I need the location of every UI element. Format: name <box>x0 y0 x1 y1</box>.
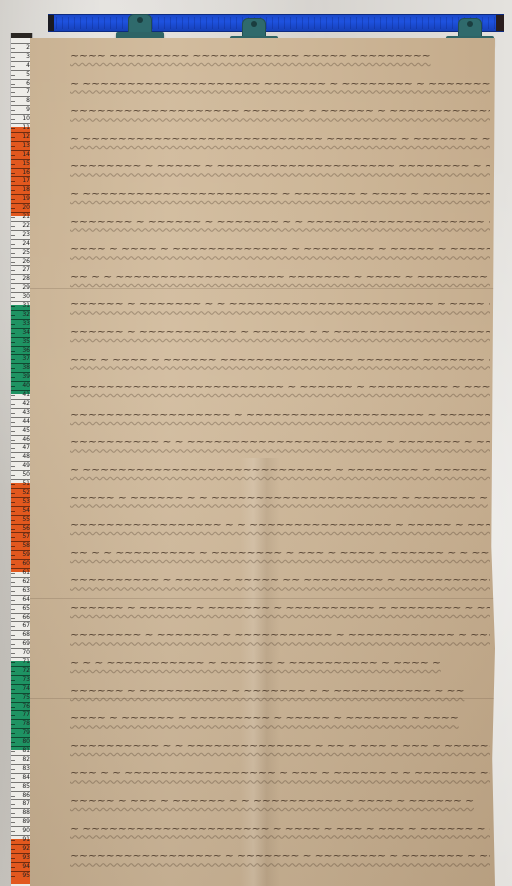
tape-cm-mark: 55 <box>11 515 32 524</box>
tape-cm-mark: 36 <box>11 346 32 355</box>
manuscript-line: ~~~~~~~~~~ ~ ~ ~~~~~~~~~~~~~~~~~~~~~~ ~ … <box>70 428 490 456</box>
manuscript-line: ~ ~~~~~~~~~~~~~~~~~~~~~~~~~~~ ~~~~~~~~ ~… <box>70 125 490 153</box>
tape-cm-mark: 27 <box>11 265 32 274</box>
handwritten-script: ~ ~~~~~~~~~~~~~~~~~~~~ ~~~~~~~ ~ ~~~~~~~… <box>70 70 490 98</box>
manuscript-line: ~~~~~ ~ ~~~~~~ ~ ~ ~~~~~~~~~~~~~~~~~~~~~… <box>70 484 490 512</box>
tape-cm-mark: 41 <box>11 390 32 399</box>
tape-cm-mark: 13 <box>11 141 32 150</box>
tape-cm-mark: 4 <box>11 61 32 70</box>
tape-cm-mark: 9 <box>11 105 32 114</box>
handwritten-script: ~~~~~~ ~ ~~~~~~~~~~~ ~ ~~~~~~ ~ ~ ~~~~~~… <box>70 318 490 346</box>
tape-cm-mark: 77 <box>11 710 32 719</box>
handwritten-script: ~~~~~~~~~~~~~~~~~~~ ~~~~~~~ ~ ~~~~~~ ~ ~… <box>70 97 490 125</box>
tape-cm-mark: 44 <box>11 417 32 426</box>
tape-cm-mark: 39 <box>11 372 32 381</box>
tape-cm-mark: 95 <box>11 871 32 880</box>
tape-cm-mark: 91 <box>11 835 32 844</box>
manuscript-line: ~~~~~~~~~~~~~~~~~~~ ~~~~~~~ ~ ~~~~~~ ~ ~… <box>70 97 490 125</box>
tape-cm-mark: 38 <box>11 363 32 372</box>
tape-cm-mark: 78 <box>11 719 32 728</box>
tape-cm-mark: 34 <box>11 328 32 337</box>
manuscript-line: ~ ~ ~ ~~~~~~~~~~~ ~ ~~~~~~ ~ ~~~~~~~~~~ … <box>70 649 490 677</box>
tape-cm-mark: 92 <box>11 844 32 853</box>
tape-cm-mark: 12 <box>11 132 32 141</box>
tape-cm-mark: 71 <box>11 657 32 666</box>
manuscript-line: ~ ~~~~~~~~~~~~~~~~~~~~~~~~~~~~ ~ ~~~~~~~… <box>70 456 490 484</box>
tape-cm-mark: 87 <box>11 799 32 808</box>
measuring-tape: 2345678910111213141516171819202122232425… <box>10 33 33 886</box>
tape-cm-mark: 21 <box>11 212 32 221</box>
handwritten-script: ~~~~~~~~~~~~~~~~~ ~ ~ ~~~~~~~~~~~~~~~~ ~… <box>70 511 490 539</box>
manuscript-line: ~~ ~ ~ ~~~~~~~~~~~~~~~~~~~ ~~~~~~~ ~ ~~~… <box>70 263 490 291</box>
tape-cm-mark: 19 <box>11 194 32 203</box>
tape-cm-mark: 57 <box>11 532 32 541</box>
manuscript-line: ~~~~ ~~~~~~~~~ ~~~~~~~~~~~~ ~~~~~ ~~~~~~… <box>70 42 490 70</box>
clip-handle <box>242 18 266 38</box>
tape-cm-mark: 5 <box>11 70 32 79</box>
tape-cm-mark: 2 <box>11 43 32 52</box>
tape-cm-mark: 89 <box>11 817 32 826</box>
tape-cm-mark: 88 <box>11 808 32 817</box>
tape-cm-mark: 11 <box>11 123 32 132</box>
tape-cm-mark: 22 <box>11 221 32 230</box>
handwritten-script: ~ ~~~~~~~~~~~~~~~~~~~~~~ ~ ~~~~~~~ ~ ~~~… <box>70 180 490 208</box>
tape-cm-mark: 81 <box>11 746 32 755</box>
tape-cm-mark: 65 <box>11 604 32 613</box>
tape-cm-mark: 70 <box>11 648 32 657</box>
manuscript-line: ~~~~~ ~ ~~~ ~ ~~~~~~ ~ ~ ~~~~~~~~~~ ~ ~~… <box>70 787 490 815</box>
tape-cm-mark: 15 <box>11 159 32 168</box>
handwritten-script: ~~~~~~~~ ~ ~~~~~ ~ ~~~~~~~~~~~~~~~~~~~~ … <box>70 152 490 180</box>
manuscript-page: ~~~~ ~~~~~~~~~ ~~~~~~~~~~~~ ~~~~~ ~~~~~~… <box>30 38 495 886</box>
tape-cm-mark: 31 <box>11 301 32 310</box>
clip-handle <box>458 18 482 38</box>
manuscript-line: ~~~~~~ ~ ~~~~~~~ ~ ~ ~~~~~~~~~~~~~~~~~~~… <box>70 290 490 318</box>
tape-cm-mark: 20 <box>11 203 32 212</box>
tape-cm-mark: 10 <box>11 114 32 123</box>
handwritten-script: ~~~~~~~~ ~ ~~~~~~~ ~ ~~~~~~~~~~~ ~ ~~~~~… <box>70 621 490 649</box>
manuscript-line: ~~~~~~~~~~~~~~~~~~ ~ ~~~~~~~~~~~~~~~~~~~… <box>70 401 490 429</box>
tape-cm-mark: 85 <box>11 782 32 791</box>
handwritten-script: ~ ~~~~~~~~~~~~~~~~~~~~~~~~~~~~ ~ ~~~~~~~… <box>70 456 490 484</box>
handwritten-script: ~~~~ ~ ~~~~ ~ ~~~~~~~~~~~~~ ~ ~~~~~~~~ ~… <box>70 235 490 263</box>
tape-cm-mark: 79 <box>11 728 32 737</box>
tape-cm-mark: 56 <box>11 524 32 533</box>
tape-cm-mark: 66 <box>11 613 32 622</box>
tape-cm-mark: 52 <box>11 488 32 497</box>
manuscript-line: ~~~~~~~~~~~~~~~~~ ~ ~ ~~~~~~~~~~~~~~~~ ~… <box>70 511 490 539</box>
manuscript-line: ~ ~~~~~~~~~~~~~~~~~~~~ ~~~~~~~ ~ ~~~~~~~… <box>70 70 490 98</box>
tape-cm-mark: 75 <box>11 693 32 702</box>
tape-cm-mark: 24 <box>11 239 32 248</box>
manuscript-line: ~~~~~~~~ ~ ~~~~~~~ ~ ~~~~~~~~~~~ ~ ~~~~~… <box>70 621 490 649</box>
tape-cm-mark: 45 <box>11 426 32 435</box>
tape-cm-mark: 16 <box>11 168 32 177</box>
ruler-end-right <box>496 15 504 31</box>
handwritten-script: ~~~~~~~~~~ ~ ~~~~~ ~ ~~~~~ ~~ ~~~~~~~~~ … <box>70 566 490 594</box>
handwritten-script: ~~~~~~~~~~~~~~~~~~~~~~~~ ~ ~~~~~~ ~ ~~~~… <box>70 373 490 401</box>
tape-cm-mark: 30 <box>11 292 32 301</box>
handwritten-script: ~~ ~ ~ ~~~~~~~~~~~~~~~~~~~ ~~~~~~~ ~ ~~~… <box>70 263 490 291</box>
ruler-end-left <box>48 15 54 31</box>
manuscript-line: ~~~~~~~ ~ ~~~~~~ ~ ~~~~~~~ ~ ~ ~~~~~~~~~… <box>70 208 490 236</box>
tape-cm-mark: 90 <box>11 826 32 835</box>
tape-cm-mark: 72 <box>11 666 32 675</box>
tape-cm-mark: 35 <box>11 337 32 346</box>
handwritten-script: ~ ~~~~~~~~~~~~~~~~~~~~~~~~~~~ ~~~~~~~~ ~… <box>70 125 490 153</box>
manuscript-text-block: ~~~~ ~~~~~~~~~ ~~~~~~~~~~~~ ~~~~~ ~~~~~~… <box>70 42 490 870</box>
handwritten-script: ~~~~~~ ~ ~~~~~~~~~~ ~ ~~~~~~~ ~ ~ ~~~~~~… <box>70 677 464 705</box>
manuscript-line: ~~~~~~ ~ ~~~~~~ ~ ~~~~~~~ ~ ~~~~~~~~~~ ~… <box>70 594 490 622</box>
tape-cm-mark: 46 <box>11 435 32 444</box>
manuscript-line: ~~~~~~~~~~ ~ ~~~~~ ~ ~~~~~ ~~ ~~~~~~~~~ … <box>70 566 490 594</box>
manuscript-line: ~~~~~~~~~~~~~~~~~ ~ ~~~~~~~ ~ ~~~~~~~~ ~… <box>70 842 490 870</box>
tape-cm-mark: 94 <box>11 862 32 871</box>
manuscript-line: ~~~~ ~ ~~~~~~ ~ ~~~~~~~~~ ~ ~~~~~ ~ ~~~~… <box>70 704 490 732</box>
handwritten-script: ~~~~~~ ~ ~~~~~~ ~ ~~~~~~~ ~ ~~~~~~~~~~ ~… <box>70 594 490 622</box>
tape-cm-mark: 48 <box>11 452 32 461</box>
manuscript-line: ~~~ ~ ~ ~~~~~~~~~~~~~~~~~ ~ ~~~ ~ ~~~~~~… <box>70 759 490 787</box>
manuscript-line: ~~~~~~~~~~ ~ ~ ~~~~~~~~~~~~~~ ~ ~~ ~ ~~~… <box>70 732 490 760</box>
handwritten-script: ~~~~~~~~~~~~~~~~~~ ~ ~~~~~~~~~~~~~~~~~~~… <box>70 401 490 429</box>
tape-cm-mark: 53 <box>11 497 32 506</box>
tape-cm-mark: 84 <box>11 773 32 782</box>
tape-cm-mark: 82 <box>11 755 32 764</box>
tape-cm-mark: 69 <box>11 639 32 648</box>
tape-cm-mark: 37 <box>11 354 32 363</box>
tape-cm-mark: 62 <box>11 577 32 586</box>
clip-handle <box>128 14 152 34</box>
tape-cm-mark: 32 <box>11 310 32 319</box>
tape-cm-mark: 42 <box>11 399 32 408</box>
handwritten-script: ~~~~~~~~~~~~~~~~~ ~ ~~~~~~~ ~ ~~~~~~~~ ~… <box>70 842 490 870</box>
handwritten-script: ~~~~~~~ ~ ~~~~~~ ~ ~~~~~~~ ~ ~ ~~~~~~~~~… <box>70 208 490 236</box>
tape-cm-mark: 40 <box>11 381 32 390</box>
tape-cm-mark: 6 <box>11 79 32 88</box>
handwritten-script: ~~~~~ ~ ~~~ ~ ~~~~~~ ~ ~ ~~~~~~~~~~ ~ ~~… <box>70 787 474 815</box>
manuscript-line: ~~~~~~ ~ ~~~~~~~~~~~ ~ ~~~~~~ ~ ~ ~~~~~~… <box>70 318 490 346</box>
handwritten-script: ~~~ ~ ~ ~~~~~~~~~~~~~~~~~ ~ ~~~ ~ ~~~~~~… <box>70 759 490 787</box>
handwritten-script: ~ ~~~~~~~~~~~~~~~~~~~~~ ~ ~~~~ ~ ~~~ ~ ~… <box>70 815 490 843</box>
handwritten-script: ~~~~~~~~~~ ~ ~ ~~~~~~~~~~~~~~~~~~~~~~ ~ … <box>70 428 490 456</box>
tape-cm-mark: 64 <box>11 595 32 604</box>
tape-cm-mark: 43 <box>11 408 32 417</box>
handwritten-script: ~~ ~ ~ ~~~~~~~~~ ~ ~~~~~~~~ ~ ~~~ ~ ~~~~… <box>70 539 490 567</box>
tape-cm-mark: 3 <box>11 52 32 61</box>
tape-cm-mark: 86 <box>11 791 32 800</box>
tape-cm-mark: 68 <box>11 630 32 639</box>
tape-cm-mark: 67 <box>11 621 32 630</box>
tape-cm-mark: 18 <box>11 185 32 194</box>
tape-cm-mark: 51 <box>11 479 32 488</box>
handwritten-script: ~~~~ ~~~~~~~~~ ~~~~~~~~~~~~ ~~~~~ ~~~~~~… <box>70 42 431 70</box>
manuscript-line: ~ ~~~~~~~~~~~~~~~~~~~~~~ ~ ~~~~~~~ ~ ~~~… <box>70 180 490 208</box>
manuscript-line: ~~~~~~~~~~~~~~~~~~~~~~~~ ~ ~~~~~~ ~ ~~~~… <box>70 373 490 401</box>
tape-cm-mark: 83 <box>11 764 32 773</box>
handwritten-script: ~~~ ~ ~~~~ ~ ~~~~~~ ~~~~~~~~~~~~~~~ ~~~~… <box>70 346 490 374</box>
tape-cm-mark: 17 <box>11 176 32 185</box>
tape-cm-mark: 49 <box>11 461 32 470</box>
tape-cm-mark: 58 <box>11 541 32 550</box>
tape-cm-mark: 73 <box>11 675 32 684</box>
tape-cm-mark: 93 <box>11 853 32 862</box>
tape-cm-mark: 23 <box>11 230 32 239</box>
handwritten-script: ~~~~ ~ ~~~~~~ ~ ~~~~~~~~~ ~ ~~~~~ ~ ~~~~… <box>70 704 459 732</box>
manuscript-line: ~~~ ~ ~~~~ ~ ~~~~~~ ~~~~~~~~~~~~~~~ ~~~~… <box>70 346 490 374</box>
manuscript-line: ~ ~~~~~~~~~~~~~~~~~~~~~ ~ ~~~~ ~ ~~~ ~ ~… <box>70 815 490 843</box>
tape-cm-mark: 7 <box>11 87 32 96</box>
tape-cm-mark: 80 <box>11 737 32 746</box>
tape-cm-mark: 47 <box>11 443 32 452</box>
tape-cm-mark: 26 <box>11 257 32 266</box>
tape-cm-mark: 33 <box>11 319 32 328</box>
manuscript-line: ~~~~~~~~ ~ ~~~~~ ~ ~~~~~~~~~~~~~~~~~~~~ … <box>70 152 490 180</box>
tape-cm-mark: 74 <box>11 684 32 693</box>
tape-cm-mark: 8 <box>11 96 32 105</box>
tape-cm-mark: 29 <box>11 283 32 292</box>
tape-cm-mark: 76 <box>11 702 32 711</box>
manuscript-line: ~~ ~ ~ ~~~~~~~~~ ~ ~~~~~~~~ ~ ~~~ ~ ~~~~… <box>70 539 490 567</box>
tape-cm-mark: 59 <box>11 550 32 559</box>
tape-cm-mark: 28 <box>11 274 32 283</box>
tape-cm-mark: 54 <box>11 506 32 515</box>
tape-cm-mark: 61 <box>11 568 32 577</box>
manuscript-line: ~~~~~~ ~ ~~~~~~~~~~ ~ ~~~~~~~ ~ ~ ~~~~~~… <box>70 677 490 705</box>
handwritten-script: ~~~~~ ~ ~~~~~~ ~ ~ ~~~~~~~~~~~~~~~~~~~~~… <box>70 484 488 512</box>
handwritten-script: ~~~~~~~~~~ ~ ~ ~~~~~~~~~~~~~~ ~ ~~ ~ ~~~… <box>70 732 490 760</box>
manuscript-line: ~~~~ ~ ~~~~ ~ ~~~~~~~~~~~~~ ~ ~~~~~~~~ ~… <box>70 235 490 263</box>
tape-cm-mark: 14 <box>11 150 32 159</box>
tape-cm-mark: 60 <box>11 559 32 568</box>
handwritten-script: ~~~~~~ ~ ~~~~~~~ ~ ~ ~~~~~~~~~~~~~~~~~~~… <box>70 290 490 318</box>
tape-cm-mark: 50 <box>11 470 32 479</box>
handwritten-script: ~ ~ ~ ~~~~~~~~~~~ ~ ~~~~~~ ~ ~~~~~~~~~~ … <box>70 649 441 677</box>
tape-cm-mark: 63 <box>11 586 32 595</box>
tape-cm-mark: 25 <box>11 248 32 257</box>
